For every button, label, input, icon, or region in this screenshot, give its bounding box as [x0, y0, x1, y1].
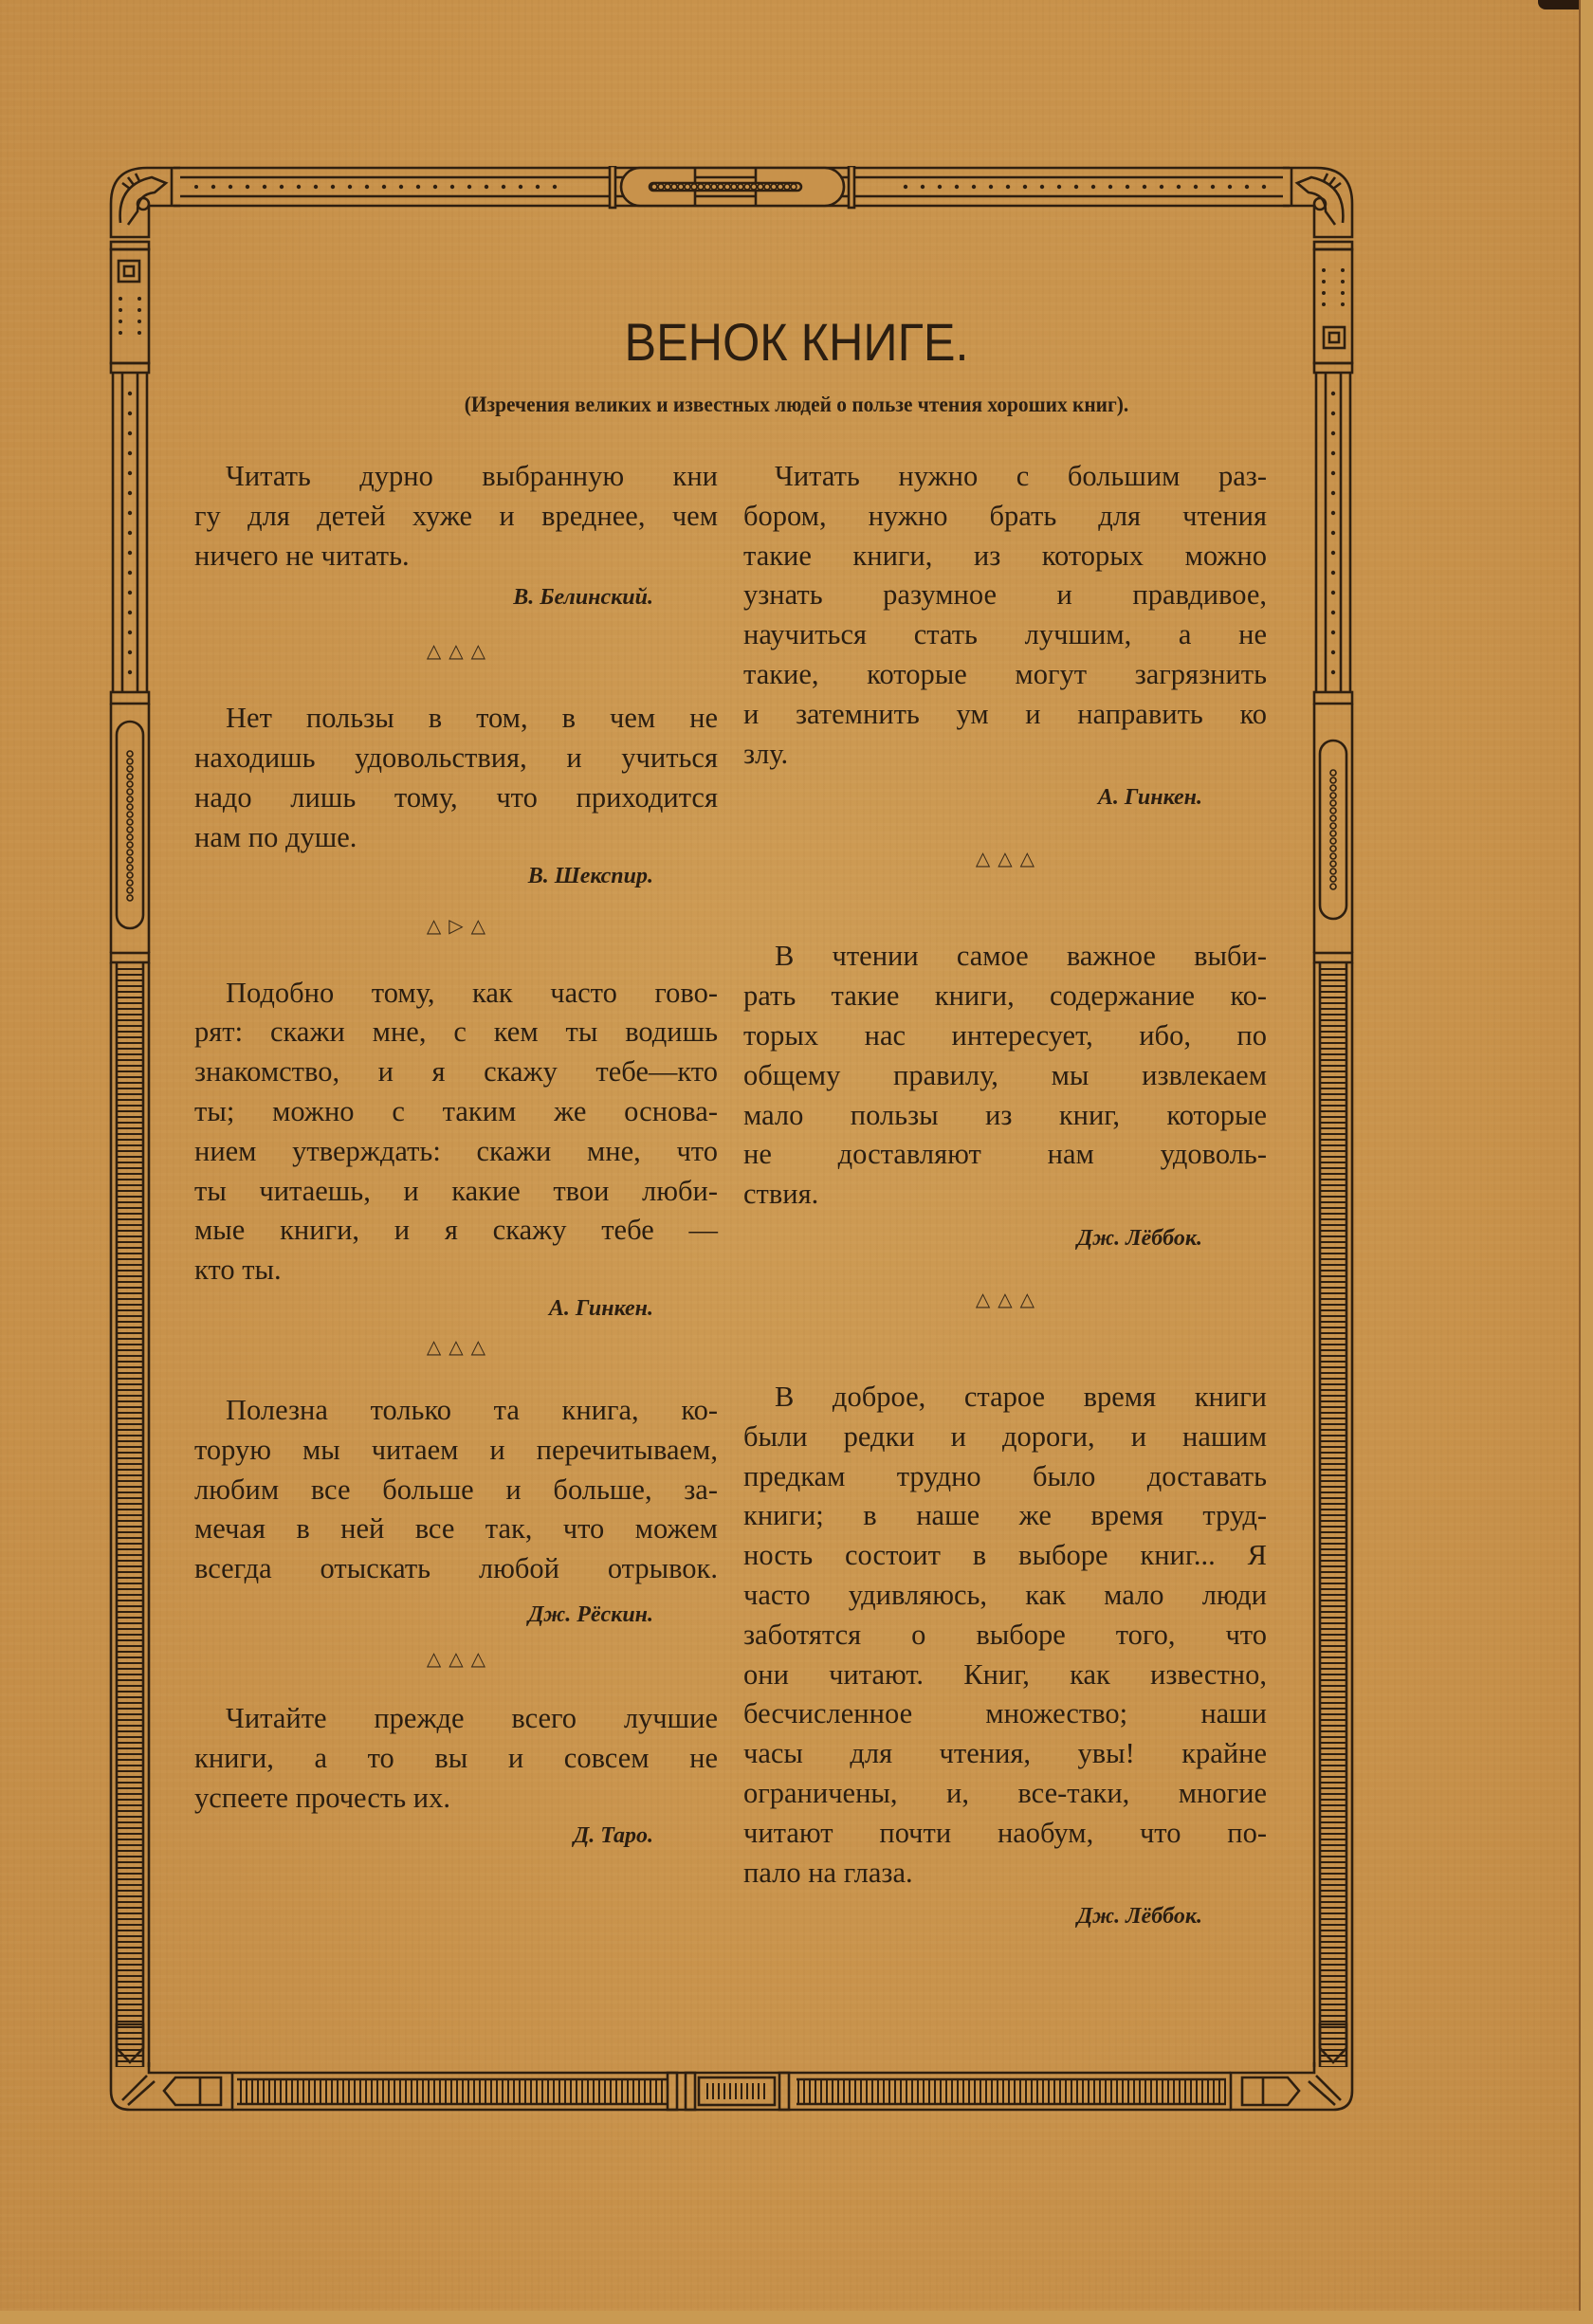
quote-author: Дж. Рёскин.: [194, 1597, 718, 1633]
quote-line: такие, которые могут загрязнить: [743, 655, 1267, 695]
quote-line: бесчисленное множество; наши: [743, 1694, 1267, 1734]
quote-line: нам по душе.: [194, 818, 718, 858]
quote-line: кто ты.: [194, 1251, 718, 1290]
quote-line: узнать разумное и правдивое,: [743, 576, 1267, 615]
quote-line: злу.: [743, 735, 1267, 775]
quote-author: Д. Таро.: [194, 1818, 718, 1854]
quote-line: не доставляют нам удоволь-: [743, 1135, 1267, 1175]
quote-hinken-1: Подобно тому, как часто гово- рят: скажи…: [194, 974, 718, 1327]
quote-line: общему правилу, мы извлекаем: [743, 1056, 1267, 1096]
frame-corner-top-right: [1283, 168, 1352, 237]
quote-line: мечая в ней все так, что можем: [194, 1510, 718, 1549]
quote-author: А. Гинкен.: [743, 779, 1267, 815]
quote-line: ты читаешь, и какие твои люби-: [194, 1172, 718, 1212]
frame-bottom-band: [232, 2073, 1231, 2110]
quote-line: мало пользы из книг, которые: [743, 1096, 1267, 1136]
quote-line: были редки и дороги, и нашим: [743, 1418, 1267, 1457]
quote-line: научиться стать лучшим, а не: [743, 615, 1267, 655]
frame-left-band: [111, 242, 149, 2067]
separator-triangles: △▷△: [194, 915, 718, 938]
frame-corner-top-left: [111, 168, 180, 237]
quote-author: А. Гинкен.: [194, 1290, 718, 1327]
quote-line: часто удивляюсь, как мало люди: [743, 1576, 1267, 1616]
quote-line: знакомство, и я скажу тебе—кто: [194, 1052, 718, 1092]
page-subtitle: (Изречения великих и известных людей о п…: [56, 393, 1537, 417]
page-edge-right: [1579, 0, 1593, 2324]
quote-line: рят: скажи мне, с кем ты водишь: [194, 1013, 718, 1052]
quote-line: находишь удовольствия, и учиться: [194, 739, 718, 778]
quote-line: В чтении самое важное выби-: [743, 937, 1267, 977]
quote-line: бором, нужно брать для чтения: [743, 497, 1267, 537]
frame-top-center-ornament: [610, 166, 854, 208]
quote-taro: Читайте прежде всего лучшие книги, а то …: [194, 1699, 718, 1854]
page-edge-bottom: [0, 2311, 1593, 2324]
quote-line: читают почти наобум, что по-: [743, 1814, 1267, 1854]
quote-author: В. Шекспир.: [194, 858, 718, 894]
separator-triangles: △△△: [194, 1648, 718, 1671]
quote-line: ность состоит в выборе книг... Я: [743, 1536, 1267, 1576]
quote-line: надо лишь тому, что приходится: [194, 778, 718, 818]
quote-line: мые книги, и я скажу тебе —: [194, 1211, 718, 1251]
right-column: Читать нужно с большим раз- бором, нужно…: [743, 457, 1267, 1934]
page-corner-shadow: [1538, 0, 1579, 9]
quote-line: нием утверждать: скажи мне, что: [194, 1132, 718, 1172]
quote-line: успеете прочесть их.: [194, 1779, 718, 1819]
quote-line: Читать дурно выбранную кни: [194, 457, 718, 497]
quote-line: рать такие книги, содержание ко-: [743, 977, 1267, 1016]
quote-line: торую мы читаем и перечитываем,: [194, 1431, 718, 1471]
quote-line: часы для чтения, увы! крайне: [743, 1734, 1267, 1774]
quote-line: книги; в наше же время труд-: [743, 1496, 1267, 1536]
quote-author: Дж. Лёббок.: [743, 1220, 1267, 1256]
quote-belinsky: Читать дурно выбранную кни гу для детей …: [194, 457, 718, 615]
quote-author: В. Белинский.: [194, 579, 718, 615]
quote-line: заботятся о выборе того, что: [743, 1616, 1267, 1656]
quote-line: ничего не читать.: [194, 537, 718, 576]
quote-line: ты; можно с таким же основа-: [194, 1092, 718, 1132]
quote-line: ствия.: [743, 1175, 1267, 1215]
quote-ruskin: Полезна только та книга, ко- торую мы чи…: [194, 1391, 718, 1633]
quote-line: Читайте прежде всего лучшие: [194, 1699, 718, 1739]
quote-line: они читают. Книг, как известно,: [743, 1656, 1267, 1695]
quote-line: В доброе, старое время книги: [743, 1378, 1267, 1418]
quote-lubbock-1: В чтении самое важное выби- рать такие к…: [743, 937, 1267, 1256]
page-title: ВЕНОК КНИГЕ.: [80, 311, 1513, 373]
quote-line: Подобно тому, как часто гово-: [194, 974, 718, 1014]
quote-shakespeare: Нет пользы в том, в чем не находишь удов…: [194, 699, 718, 893]
quote-line: и затемнить ум и направить ко: [743, 695, 1267, 735]
quote-line: ограничены, и, все-таки, многие: [743, 1774, 1267, 1814]
separator-triangles: △△△: [194, 1336, 718, 1359]
quote-line: предкам трудно было доставать: [743, 1457, 1267, 1497]
quote-line: Читать нужно с большим раз-: [743, 457, 1267, 497]
separator-triangles: △△△: [194, 640, 718, 663]
quote-line: любим все больше и больше, за-: [194, 1471, 718, 1510]
quote-line: всегда отыскать любой отрывок.: [194, 1549, 718, 1589]
left-column: Читать дурно выбранную кни гу для детей …: [194, 457, 718, 1854]
quote-hinken-2: Читать нужно с большим раз- бором, нужно…: [743, 457, 1267, 815]
quote-line: гу для детей хуже и вреднее, чем: [194, 497, 718, 537]
quote-author: Дж. Лёббок.: [743, 1898, 1267, 1934]
frame-right-band: [1314, 242, 1352, 2067]
quote-line: торых нас интересует, ибо, по: [743, 1016, 1267, 1056]
quote-line: такие книги, из которых можно: [743, 537, 1267, 576]
quote-line: Полезна только та книга, ко-: [194, 1391, 718, 1431]
separator-triangles: △△△: [743, 1289, 1267, 1311]
quote-lubbock-2: В доброе, старое время книги были редки …: [743, 1378, 1267, 1934]
quote-line: книги, а то вы и совсем не: [194, 1739, 718, 1779]
separator-triangles: △△△: [743, 848, 1267, 870]
quote-line: пало на глаза.: [743, 1854, 1267, 1894]
quote-line: Нет пользы в том, в чем не: [194, 699, 718, 739]
